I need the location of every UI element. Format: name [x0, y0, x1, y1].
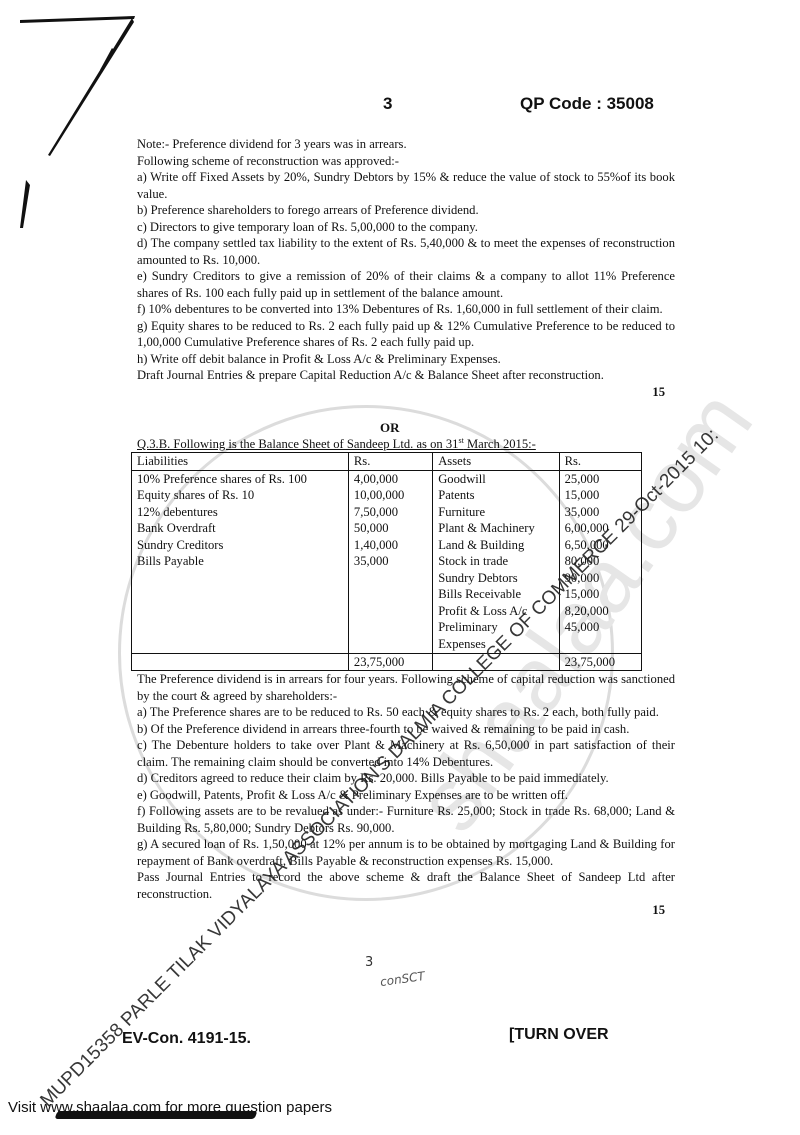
visit-link[interactable]: Visit www.shaalaa.com for more question …	[8, 1099, 332, 1116]
question-line: b) Preference shareholders to forego arr…	[137, 202, 675, 219]
liability-amount: 50,000	[354, 520, 427, 537]
liability-item: Sundry Creditors	[137, 537, 343, 554]
question-line: Following scheme of reconstruction was a…	[137, 153, 675, 170]
header-liabilities: Liabilities	[132, 453, 349, 471]
header-rs: Rs.	[559, 453, 641, 471]
question-line: c) Directors to give temporary loan of R…	[137, 219, 675, 236]
question-line: e) Sundry Creditors to give a remission …	[137, 268, 675, 301]
liability-item: Bills Payable	[137, 553, 343, 570]
turn-over-label: [TURN OVER	[509, 1026, 609, 1044]
question-line: g) Equity shares to be reduced to Rs. 2 …	[137, 318, 675, 351]
liability-item: 12% debentures	[137, 504, 343, 521]
question-line: a) Write off Fixed Assets by 20%, Sundry…	[137, 169, 675, 202]
question-line: Note:- Preference dividend for 3 years w…	[137, 136, 675, 153]
question-line: d) The company settled tax liability to …	[137, 235, 675, 268]
asset-item: Stock in trade	[438, 553, 553, 570]
or-label: OR	[380, 420, 400, 436]
question-3b-title: Q.3.B. Following is the Balance Sheet of…	[137, 436, 536, 452]
question-line: The Preference dividend is in arrears fo…	[137, 671, 675, 704]
question-line: d) Creditors agreed to reduce their clai…	[137, 770, 675, 787]
assets-items: GoodwillPatentsFurniturePlant & Machiner…	[433, 470, 559, 653]
question-line: g) A secured loan of Rs. 1,50,000 at 12%…	[137, 836, 675, 869]
liability-item: Bank Overdraft	[137, 520, 343, 537]
question-part-b: The Preference dividend is in arrears fo…	[137, 671, 675, 919]
header-assets: Assets	[433, 453, 559, 471]
asset-amount: 45,000	[565, 619, 636, 636]
balance-sheet-table: Liabilities Rs. Assets Rs. 10% Preferenc…	[131, 452, 642, 671]
question-line: f) Following assets are to be revalued a…	[137, 803, 675, 836]
liability-item: 10% Preference shares of Rs. 100	[137, 471, 343, 488]
header-rs: Rs.	[348, 453, 432, 471]
question-line: e) Goodwill, Patents, Profit & Loss A/c …	[137, 787, 675, 804]
total-assets: 23,75,000	[559, 653, 641, 671]
asset-item: Goodwill	[438, 471, 553, 488]
asset-item: Sundry Debtors	[438, 570, 553, 587]
asset-item: Land & Building	[438, 537, 553, 554]
ink-scribble	[55, 1111, 258, 1119]
total-liabilities: 23,75,000	[348, 653, 432, 671]
liability-amount: 1,40,000	[354, 537, 427, 554]
liability-item: Equity shares of Rs. 10	[137, 487, 343, 504]
asset-item: Furniture	[438, 504, 553, 521]
liability-amount: 7,50,000	[354, 504, 427, 521]
question-line: h) Write off debit balance in Profit & L…	[137, 351, 675, 368]
marks-part-a: 15	[137, 384, 675, 401]
qp-code: QP Code : 35008	[520, 94, 654, 114]
question-line: Pass Journal Entries to record the above…	[137, 869, 675, 902]
scan-mark-decoration	[0, 0, 140, 240]
liability-amount: 10,00,000	[354, 487, 427, 504]
asset-item: Plant & Machinery	[438, 520, 553, 537]
liabilities-amounts: 4,00,00010,00,0007,50,00050,0001,40,0003…	[348, 470, 432, 653]
asset-amount: 25,000	[565, 471, 636, 488]
question-line: a) The Preference shares are to be reduc…	[137, 704, 675, 721]
page-number: 3	[383, 94, 392, 114]
liability-amount: 35,000	[354, 553, 427, 570]
exam-code: EV-Con. 4191-15.	[122, 1030, 251, 1048]
question-line: Draft Journal Entries & prepare Capital …	[137, 367, 675, 384]
asset-amount: 8,20,000	[565, 603, 636, 620]
liability-amount: 4,00,000	[354, 471, 427, 488]
total-spacer	[132, 653, 349, 671]
question-part-a: Note:- Preference dividend for 3 years w…	[137, 136, 675, 400]
question-line: f) 10% debentures to be converted into 1…	[137, 301, 675, 318]
handwritten-number: 3	[365, 955, 373, 970]
asset-amount: 15,000	[565, 487, 636, 504]
handwritten-scribble: conSCT	[379, 969, 425, 989]
asset-item: Patents	[438, 487, 553, 504]
liabilities-items: 10% Preference shares of Rs. 100Equity s…	[132, 470, 349, 653]
